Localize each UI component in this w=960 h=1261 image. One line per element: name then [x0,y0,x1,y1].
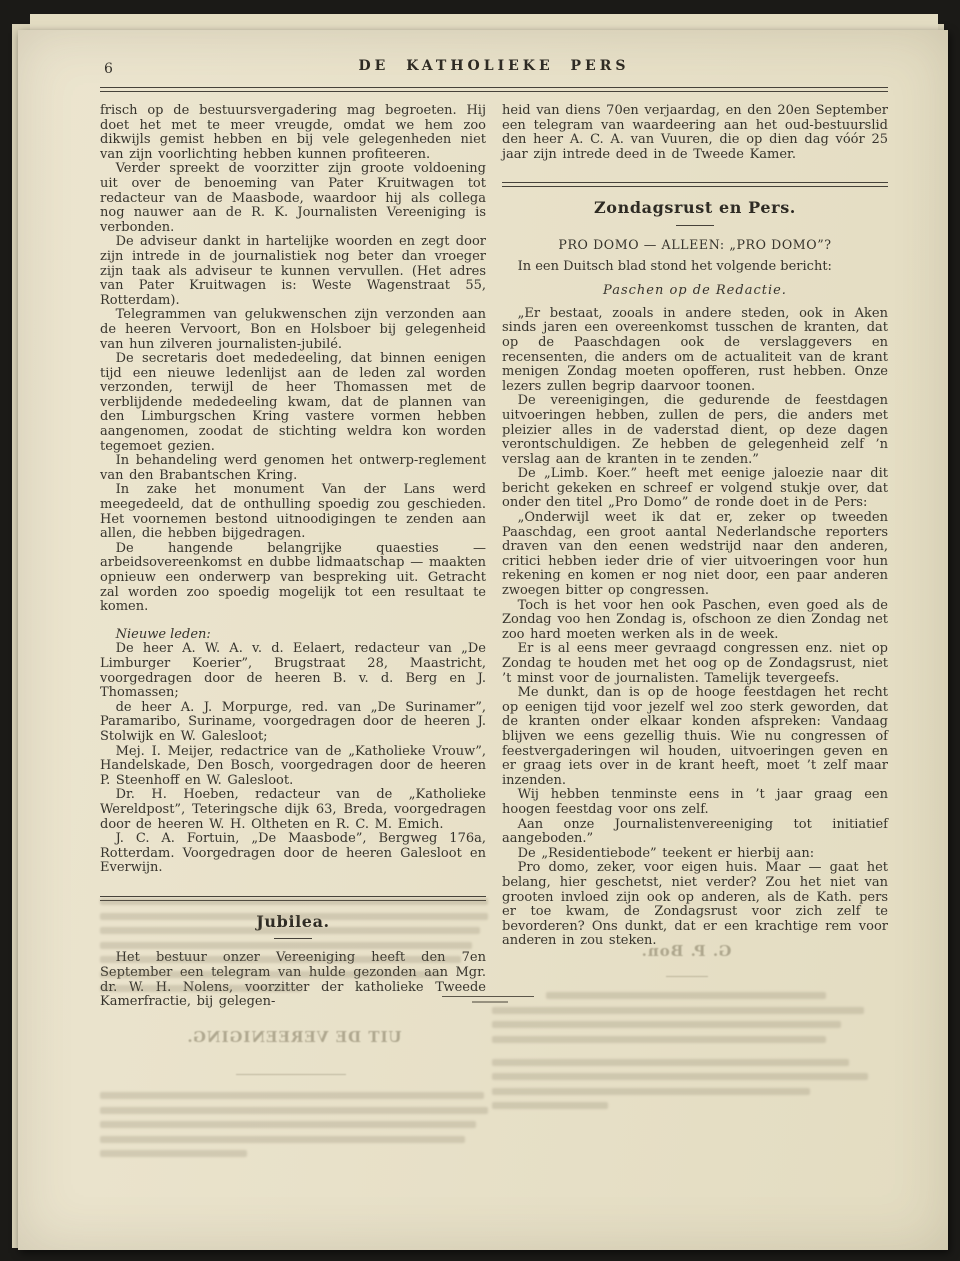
header-rule [100,87,888,92]
paragraph: Er is al eens meer gevraagd congressen e… [502,642,888,686]
right-column: heid van diens 70en verjaardag, en den 2… [502,104,888,1010]
ghost-text-line [492,1088,810,1095]
ghost-rule [666,976,708,977]
gutter-divider-tick [472,1001,508,1003]
ghost-text-line [492,1102,608,1109]
paragraph: De secretaris doet mededeeling, dat binn… [100,352,486,454]
paragraph: De „Limb. Koer.” heeft met eenige jaloez… [502,467,888,511]
paragraph: frisch op de bestuursvergadering mag beg… [100,104,486,162]
ghost-text-line [100,942,472,949]
page-content: 6 DE KATHOLIEKE PERS frisch op de bestuu… [100,58,888,1010]
lede-line: In een Duitsch blad stond het volgende b… [502,260,888,275]
paragraph: Verder spreekt de voorzitter zijn groote… [100,162,486,235]
ghost-text-block [100,1092,488,1165]
paragraph: De heer A. W. A. v. d. Eelaert, redacteu… [100,642,486,700]
ghost-text-block [100,898,488,1000]
left-column: frisch op de bestuursvergadering mag beg… [100,104,486,1010]
ghost-heading-g-p-bon: G. P. Bon. [492,942,880,960]
gutter-divider-rule [442,996,534,997]
ghost-text-line [100,971,441,978]
pro-domo-subheading: PRO DOMO — ALLEEN: „PRO DOMO”? [502,238,888,253]
ghost-text-line [492,1073,868,1080]
newspaper-page: 6 DE KATHOLIEKE PERS frisch op de bestuu… [18,30,948,1250]
text-columns: frisch op de bestuursvergadering mag beg… [100,104,888,1010]
ghost-text-block [492,992,880,1117]
paragraph: De hangende belangrijke quaesties — arbe… [100,542,486,615]
paragraph: Wij hebben tenminste eens in ’t jaar gra… [502,788,888,817]
ghost-text-line [100,1136,465,1143]
ghost-rule [236,1074,346,1075]
ghost-text-line [100,1121,476,1128]
ghost-text-line [546,992,825,999]
new-members-list: De heer A. W. A. v. d. Eelaert, redacteu… [100,642,486,876]
paragraph: Pro domo, zeker, voor eigen huis. Maar —… [502,861,888,949]
paragraph: Dr. H. Hoeben, redacteur van de „Katholi… [100,788,486,832]
paragraph: In behandeling werd genomen het ontwerp-… [100,454,486,483]
article-title: Paschen op de Redactie. [502,284,888,299]
ghost-text-line [492,1036,826,1043]
paragraph: De „Residentiebode” teekent er hierbij a… [502,847,888,862]
ghost-text-line [100,913,488,920]
ghost-text-line [100,1092,484,1099]
paragraph: In zake het monument Van der Lans werd m… [100,483,486,541]
paragraph: „Er bestaat, zooals in andere steden, oo… [502,307,888,395]
ghost-heading-uit-de-vereeniging: UIT DE VEREENIGING. [100,1028,488,1046]
ghost-text-line [492,1021,841,1028]
ghost-text-line [100,1150,247,1157]
ghost-text-line [100,898,488,905]
paragraph: J. C. A. Fortuin, „De Maasbode”, Bergweg… [100,832,486,876]
ghost-text-line [100,956,461,963]
paragraph: Telegrammen van gelukwenschen zijn verzo… [100,308,486,352]
meeting-report-paragraphs: frisch op de bestuursvergadering mag beg… [100,104,486,615]
paragraph: Mej. I. Meijer, redactrice van de „Katho… [100,745,486,789]
section-divider-rule [502,182,888,187]
paragraph: De vereenigingen, die gedurende de feest… [502,394,888,467]
page-number: 6 [104,61,113,77]
paragraph: Aan onze Journalistenvereeniging tot ini… [502,818,888,847]
intro-paragraph: heid van diens 70en verjaardag, en den 2… [502,104,888,162]
ghost-text-line [100,1107,488,1114]
ghost-text-line [100,985,302,992]
paragraph: de heer A. J. Morpurge, red. van „De Sur… [100,701,486,745]
paragraph: „Onderwijl weet ik dat er, zeker op twee… [502,511,888,599]
ghost-text-line [492,1007,864,1014]
zondagsrust-paragraphs: „Er bestaat, zooals in andere steden, oo… [502,307,888,949]
new-members-heading: Nieuwe leden: [100,628,486,643]
paragraph: De adviseur dankt in hartelijke woorden … [100,235,486,308]
page-header: 6 DE KATHOLIEKE PERS [100,58,888,82]
ghost-text-line [492,1059,849,1066]
paragraph: Toch is het voor hen ook Paschen, even g… [502,599,888,643]
heading-rule [676,225,714,226]
zondagsrust-heading: Zondagsrust en Pers. [502,201,888,216]
paragraph: Me dunkt, dan is op de hooge feestdagen … [502,686,888,788]
ghost-text-line [100,927,480,934]
masthead-title: DE KATHOLIEKE PERS [100,58,888,74]
